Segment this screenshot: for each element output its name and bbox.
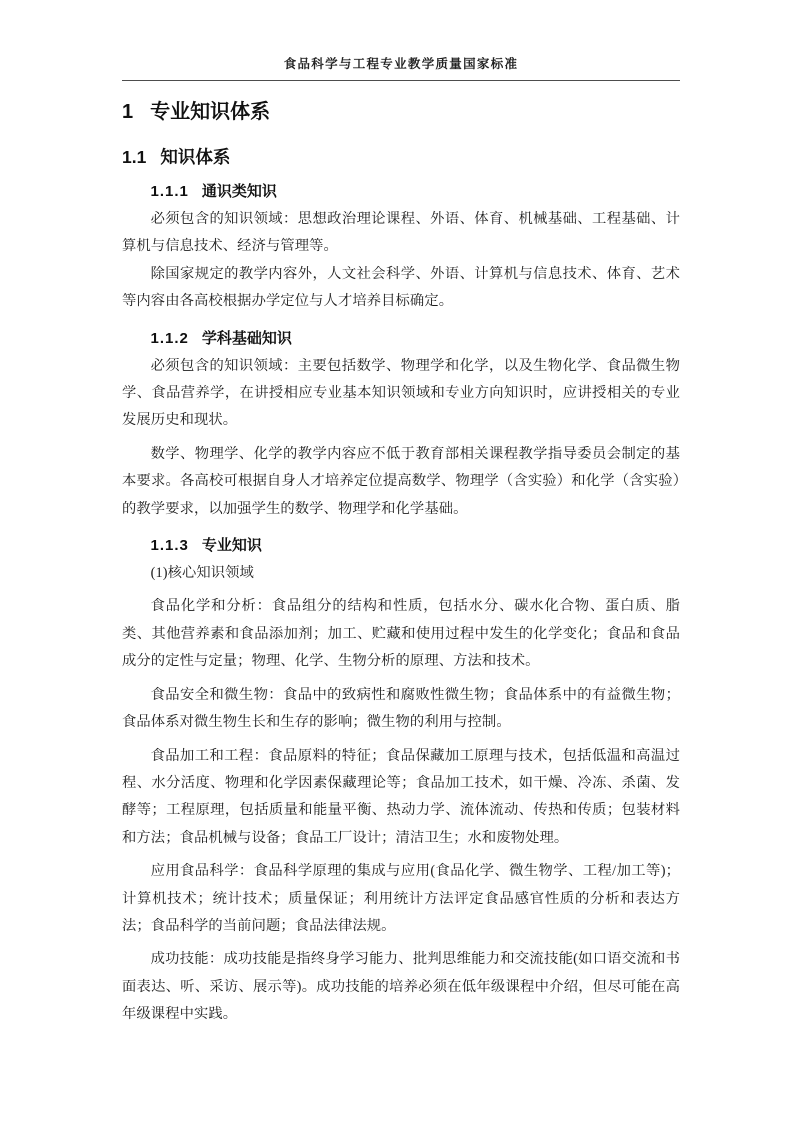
paragraph: 食品安全和微生物：食品中的致病性和腐败性微生物；食品体系中的有益微生物；食品体系…	[122, 682, 680, 737]
paragraph: (1)核心知识领域	[122, 560, 680, 587]
running-header-title: 食品科学与工程专业教学质量国家标准	[122, 57, 680, 72]
heading-text: 通识类知识	[202, 183, 277, 200]
section-heading-1: 1专业知识体系	[122, 100, 680, 125]
heading-number: 1	[122, 100, 133, 125]
page-header: 食品科学与工程专业教学质量国家标准	[122, 0, 680, 81]
document-page: 食品科学与工程专业教学质量国家标准 1专业知识体系1.1知识体系1.1.1通识类…	[0, 0, 800, 1131]
heading-text: 知识体系	[160, 147, 230, 167]
document-body: 1专业知识体系1.1知识体系1.1.1通识类知识必须包含的知识领域：思想政治理论…	[122, 100, 680, 1029]
heading-text: 专业知识体系	[150, 101, 270, 123]
content-column: 食品科学与工程专业教学质量国家标准 1专业知识体系1.1知识体系1.1.1通识类…	[122, 0, 680, 1029]
section-heading-1-1-1: 1.1.1通识类知识	[122, 181, 680, 202]
paragraph: 成功技能：成功技能是指终身学习能力、批判思维能力和交流技能(如口语交流和书面表达…	[122, 946, 680, 1028]
heading-text: 专业知识	[202, 537, 262, 554]
heading-number: 1.1	[122, 146, 146, 169]
heading-number: 1.1.1	[151, 181, 189, 202]
paragraph: 食品加工和工程：食品原料的特征；食品保藏加工原理与技术，包括低温和高温过程、水分…	[122, 743, 680, 853]
section-heading-1-1: 1.1知识体系	[122, 146, 680, 169]
paragraph: 食品化学和分析：食品组分的结构和性质，包括水分、碳水化合物、蛋白质、脂类、其他营…	[122, 593, 680, 675]
heading-text: 学科基础知识	[202, 330, 292, 347]
heading-number: 1.1.2	[151, 328, 189, 349]
section-heading-1-1-2: 1.1.2学科基础知识	[122, 328, 680, 349]
section-heading-1-1-3: 1.1.3专业知识	[122, 535, 680, 556]
paragraph: 必须包含的知识领域：思想政治理论课程、外语、体育、机械基础、工程基础、计算机与信…	[122, 206, 680, 261]
paragraph: 应用食品科学：食品科学原理的集成与应用(食品化学、微生物学、工程/加工等)；计算…	[122, 858, 680, 940]
paragraph: 数学、物理学、化学的教学内容应不低于教育部相关课程教学指导委员会制定的基本要求。…	[122, 441, 680, 523]
paragraph: 除国家规定的教学内容外，人文社会科学、外语、计算机与信息技术、体育、艺术等内容由…	[122, 261, 680, 316]
heading-number: 1.1.3	[151, 535, 189, 556]
paragraph: 必须包含的知识领域：主要包括数学、物理学和化学，以及生物化学、食品微生物学、食品…	[122, 353, 680, 435]
